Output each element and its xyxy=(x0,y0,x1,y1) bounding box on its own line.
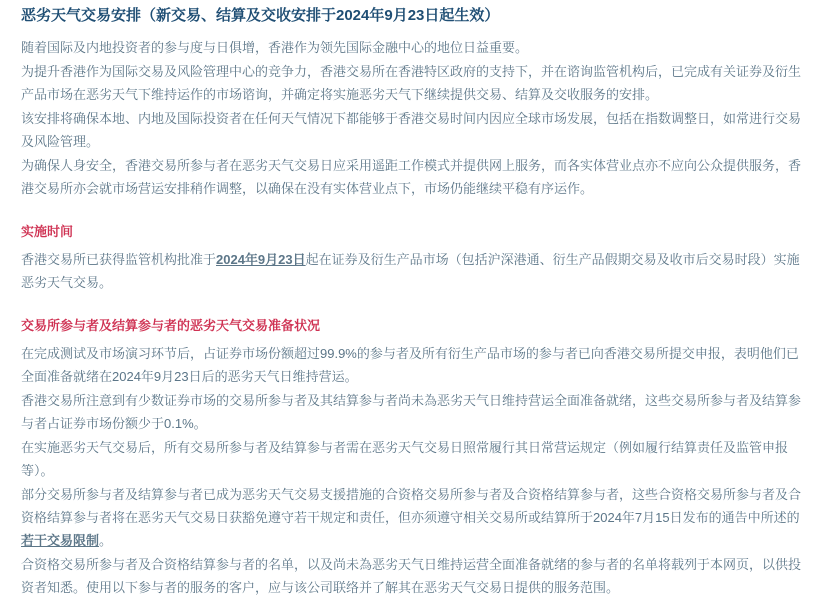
intro-paragraph-1: 随着国际及内地投资者的参与度与日俱增，香港作为领先国际金融中心的地位日益重要。 xyxy=(21,36,810,59)
section-heading-implementation-date: 实施时间 xyxy=(21,220,810,243)
effective-date-emphasis: 2024年9月23日 xyxy=(216,252,306,267)
trading-restrictions-link[interactable]: 若干交易限制 xyxy=(21,533,99,548)
section-heading-readiness-status: 交易所参与者及结算参与者的恶劣天气交易准备状况 xyxy=(21,314,810,337)
readiness-paragraph-4-text-after: 。 xyxy=(99,533,112,548)
intro-paragraph-4: 为确保人身安全，香港交易所参与者在恶劣天气交易日应采用遥距工作模式并提供网上服务… xyxy=(21,154,810,200)
readiness-paragraph-4-text-before: 部分交易所参与者及结算参与者已成为恶劣天气交易支援措施的合资格交易所参与者及合资… xyxy=(21,487,801,525)
readiness-paragraph-1: 在完成测试及市场演习环节后，占证券市场份额超过99.9%的参与者及所有衍生产品市… xyxy=(21,342,810,388)
implementation-date-paragraph: 香港交易所已获得监管机构批准于2024年9月23日起在证券及衍生产品市场（包括沪… xyxy=(21,248,810,294)
intro-paragraph-3: 该安排将确保本地、内地及国际投资者在任何天气情况下都能够于香港交易时间内因应全球… xyxy=(21,107,810,153)
readiness-paragraph-4: 部分交易所参与者及结算参与者已成为恶劣天气交易支援措施的合资格交易所参与者及合资… xyxy=(21,483,810,552)
readiness-paragraph-2: 香港交易所注意到有少数证券市场的交易所参与者及其结算参与者尚未為恶劣天气日维持营… xyxy=(21,389,810,435)
content-page: 恶劣天气交易安排（新交易、结算及交收安排于2024年9月23日起生效） 随着国际… xyxy=(0,0,830,606)
readiness-paragraph-5: 合资格交易所参与者及合资格结算参与者的名单，以及尚未為恶劣天气日维持运营全面准备… xyxy=(21,553,810,599)
implementation-date-text-before: 香港交易所已获得监管机构批准于 xyxy=(21,252,216,267)
page-title: 恶劣天气交易安排（新交易、结算及交收安排于2024年9月23日起生效） xyxy=(21,6,810,26)
intro-paragraph-2: 为提升香港作为国际交易及风险管理中心的竞争力，香港交易所在香港特区政府的支持下，… xyxy=(21,60,810,106)
readiness-paragraph-3: 在实施恶劣天气交易后，所有交易所参与者及结算参与者需在恶劣天气交易日照常履行其日… xyxy=(21,436,810,482)
